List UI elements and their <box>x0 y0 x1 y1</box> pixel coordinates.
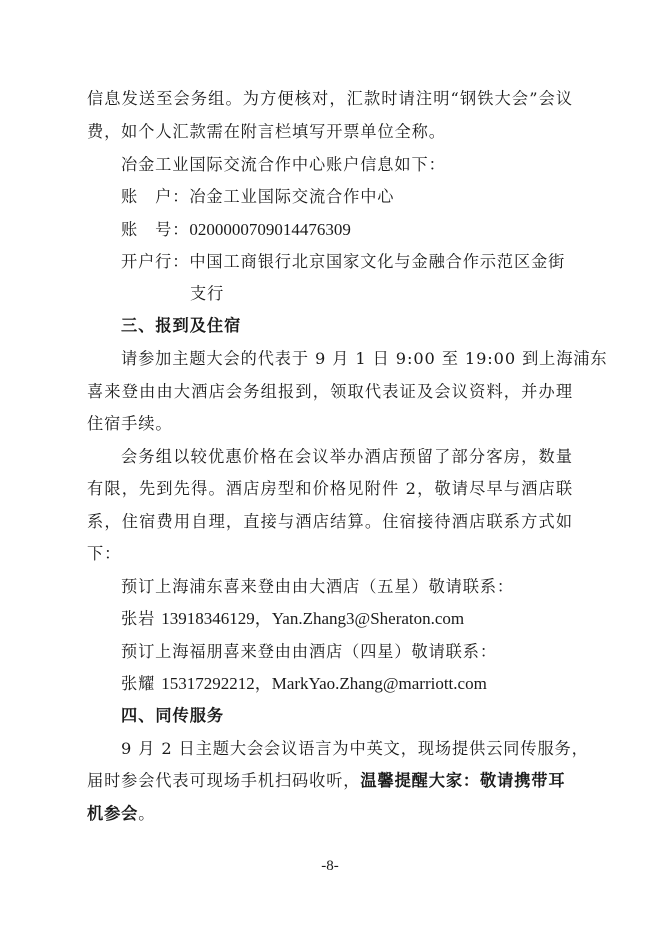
body-line: 下： <box>87 542 121 566</box>
body-line: 请参加主题大会的代表于 9 月 1 日 9:00 至 19:00 到上海浦东 <box>121 347 573 371</box>
body-line: 届时参会代表可现场手机扫码收听，温馨提醒大家：敬请携带耳 <box>87 769 573 793</box>
body-line: 9 月 2 日主题大会会议语言为中英文，现场提供云同传服务， <box>121 737 573 761</box>
hotel2-contact-info: 15317292212，MarkYao.Zhang@marriott.com <box>161 674 487 693</box>
reminder-text: 机参会 <box>87 804 138 823</box>
section-heading-interpretation: 四、同传服务 <box>121 704 224 728</box>
hotel1-label: 预订上海浦东喜来登由由大酒店（五星）敬请联系： <box>121 575 514 599</box>
hotel2-contact-name: 张耀 <box>121 674 155 693</box>
body-line: 有限，先到先得。酒店房型和价格见附件 2，敬请尽早与酒店联 <box>87 477 573 501</box>
hotel1-contact-info: 13918346129，Yan.Zhang3@Sheraton.com <box>161 609 464 628</box>
account-intro: 冶金工业国际交流合作中心账户信息如下： <box>121 153 446 177</box>
account-name: 账 户：冶金工业国际交流合作中心 <box>121 185 394 209</box>
body-line: 喜来登由由大酒店会务组报到，领取代表证及会议资料，并办理 <box>87 380 573 404</box>
account-number-label: 账 号： <box>121 220 189 239</box>
section-heading-registration: 三、报到及住宿 <box>121 314 241 338</box>
body-text: 届时参会代表可现场手机扫码收听， <box>87 771 360 790</box>
bank-name: 开户行：中国工商银行北京国家文化与金融合作示范区金街 <box>121 250 565 274</box>
account-number-row: 账 号：0200000709014476309 <box>121 218 351 242</box>
body-line: 费，如个人汇款需在附言栏填写开票单位全称。 <box>87 120 446 144</box>
body-line: 机参会。 <box>87 802 155 826</box>
hotel2-contact: 张耀 15317292212，MarkYao.Zhang@marriott.co… <box>121 672 487 696</box>
body-line: 会务组以较优惠价格在会议举办酒店预留了部分客房，数量 <box>121 445 573 469</box>
account-number: 0200000709014476309 <box>189 220 351 239</box>
body-line: 信息发送至会务组。为方便核对，汇款时请注明“钢铁大会”会议 <box>87 87 573 111</box>
body-text: 。 <box>138 804 155 823</box>
body-line: 住宿手续。 <box>87 412 172 436</box>
hotel2-label: 预订上海福朋喜来登由由酒店（四星）敬请联系： <box>121 640 497 664</box>
reminder-text: 温馨提醒大家：敬请携带耳 <box>360 771 565 790</box>
page-number: -8- <box>0 858 660 875</box>
body-line: 系，住宿费用自理，直接与酒店结算。住宿接待酒店联系方式如 <box>87 510 573 534</box>
hotel1-contact: 张岩 13918346129，Yan.Zhang3@Sheraton.com <box>121 607 464 631</box>
hotel1-contact-name: 张岩 <box>121 609 155 628</box>
bank-name-cont: 支行 <box>190 282 224 306</box>
